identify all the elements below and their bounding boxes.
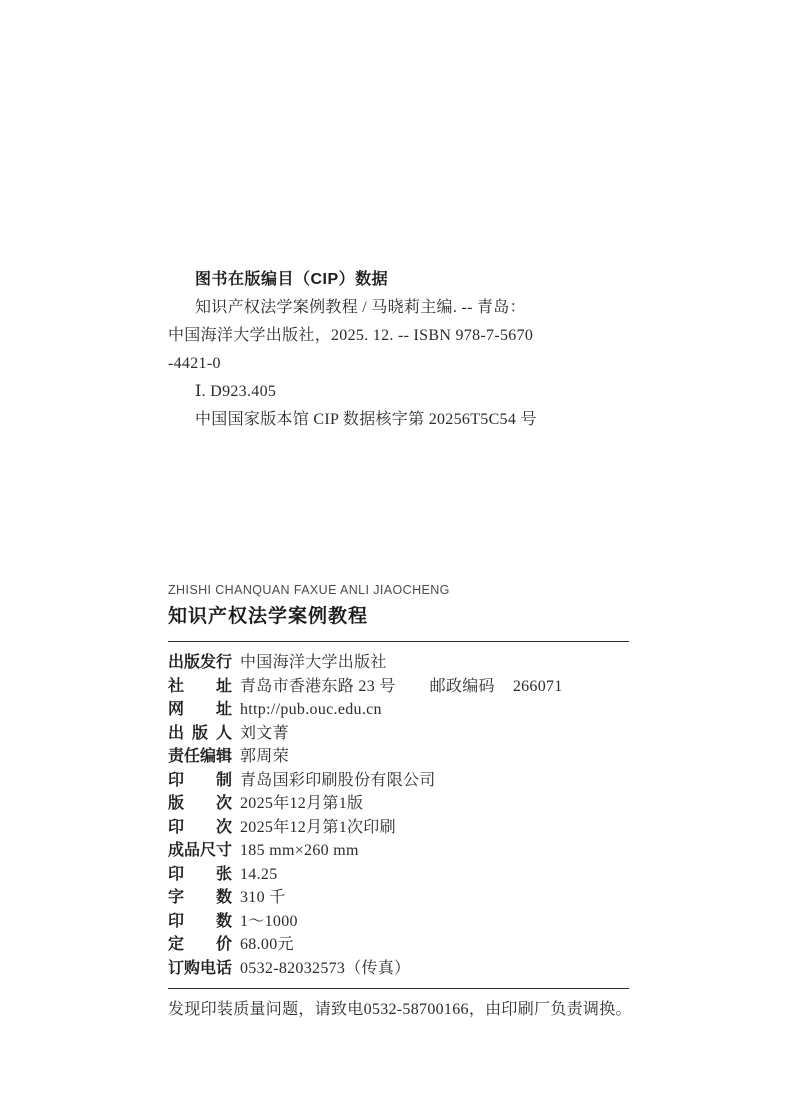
- row-value-website-url: http://pub.ouc.edu.cn: [240, 701, 382, 718]
- row-label-size: 成品尺寸: [168, 839, 232, 863]
- list-item: 社址 青岛市香港东路 23 号 邮政编码 266071: [168, 675, 668, 699]
- row-value-printing: 2025年12月第1次印刷: [240, 819, 396, 836]
- cip-line-record-number: 中国国家版本馆 CIP 数据核字第 20256T5C54 号: [168, 406, 643, 434]
- book-title: 知识产权法学案例教程: [168, 601, 629, 628]
- colophon-list: 出版发行 中国海洋大学出版社 社址 青岛市香港东路 23 号 邮政编码 2660…: [168, 651, 668, 980]
- row-value-printer: 青岛国彩印刷股份有限公司: [240, 772, 436, 789]
- row-value-publisher-person: 刘文菁: [240, 725, 289, 742]
- divider-top: [168, 641, 629, 642]
- list-item: 印张 14.25: [168, 863, 668, 887]
- row-value-order-phone: 0532-82032573（传真）: [240, 960, 410, 977]
- list-item: 网址 http://pub.ouc.edu.cn: [168, 698, 668, 722]
- row-label-editor: 责任编辑: [168, 745, 232, 769]
- book-title-pinyin: ZHISHI CHANQUAN FAXUE ANLI JIAOCHENG: [168, 583, 629, 597]
- cip-line-isbn-continued: -4421-0: [168, 350, 643, 378]
- row-value-print-run: 1～1000: [240, 913, 298, 930]
- quality-notice: 发现印装质量问题，请致电0532-58700166，由印刷厂负责调换。: [168, 999, 648, 1021]
- cip-header: 图书在版编目（CIP）数据: [168, 266, 643, 294]
- list-item: 出版人 刘文菁: [168, 722, 668, 746]
- list-item: 责任编辑 郭周荣: [168, 745, 668, 769]
- row-label-word-count: 字数: [168, 886, 232, 910]
- list-item: 印次 2025年12月第1次印刷: [168, 816, 668, 840]
- row-label-publisher: 出版发行: [168, 651, 232, 675]
- list-item: 版次 2025年12月第1版: [168, 792, 668, 816]
- row-value-publisher: 中国海洋大学出版社: [240, 654, 387, 671]
- cip-line-publisher-isbn: 中国海洋大学出版社，2025. 12. -- ISBN 978-7-5670: [168, 322, 643, 350]
- row-label-address: 社址: [168, 675, 232, 699]
- cip-data-block: 图书在版编目（CIP）数据 知识产权法学案例教程 / 马晓莉主编. -- 青岛：…: [168, 266, 643, 434]
- list-item: 定价 68.00元: [168, 933, 668, 957]
- postal-code-value: 266071: [513, 678, 563, 695]
- row-label-edition: 版次: [168, 792, 232, 816]
- list-item: 印数 1～1000: [168, 910, 668, 934]
- row-label-publisher-person: 出版人: [168, 722, 232, 746]
- list-item: 字数 310 千: [168, 886, 668, 910]
- divider-bottom: [168, 988, 629, 989]
- list-item: 订购电话 0532-82032573（传真）: [168, 957, 668, 981]
- row-value-word-count: 310 千: [240, 889, 286, 906]
- list-item: 成品尺寸 185 mm×260 mm: [168, 839, 668, 863]
- row-label-price: 定价: [168, 933, 232, 957]
- cip-line-classification: Ⅰ. D923.405: [168, 378, 643, 406]
- row-label-printing: 印次: [168, 816, 232, 840]
- row-value-address: 青岛市香港东路 23 号: [240, 678, 396, 695]
- row-label-print-run: 印数: [168, 910, 232, 934]
- row-value-price: 68.00元: [240, 936, 294, 953]
- postal-code-label: 邮政编码: [430, 678, 495, 695]
- row-label-printer: 印制: [168, 769, 232, 793]
- cip-line-title-author: 知识产权法学案例教程 / 马晓莉主编. -- 青岛：: [168, 294, 643, 322]
- row-value-sheets: 14.25: [240, 866, 278, 883]
- list-item: 印制 青岛国彩印刷股份有限公司: [168, 769, 668, 793]
- row-value-edition: 2025年12月第1版: [240, 795, 363, 812]
- row-label-website: 网址: [168, 698, 232, 722]
- row-value-editor: 郭周荣: [240, 748, 289, 765]
- row-label-sheets: 印张: [168, 863, 232, 887]
- row-value-size: 185 mm×260 mm: [240, 842, 359, 859]
- list-item: 出版发行 中国海洋大学出版社: [168, 651, 668, 675]
- copyright-page: 图书在版编目（CIP）数据 知识产权法学案例教程 / 马晓莉主编. -- 青岛：…: [0, 0, 799, 1114]
- title-block: ZHISHI CHANQUAN FAXUE ANLI JIAOCHENG 知识产…: [168, 583, 629, 628]
- row-label-order-phone: 订购电话: [168, 957, 232, 981]
